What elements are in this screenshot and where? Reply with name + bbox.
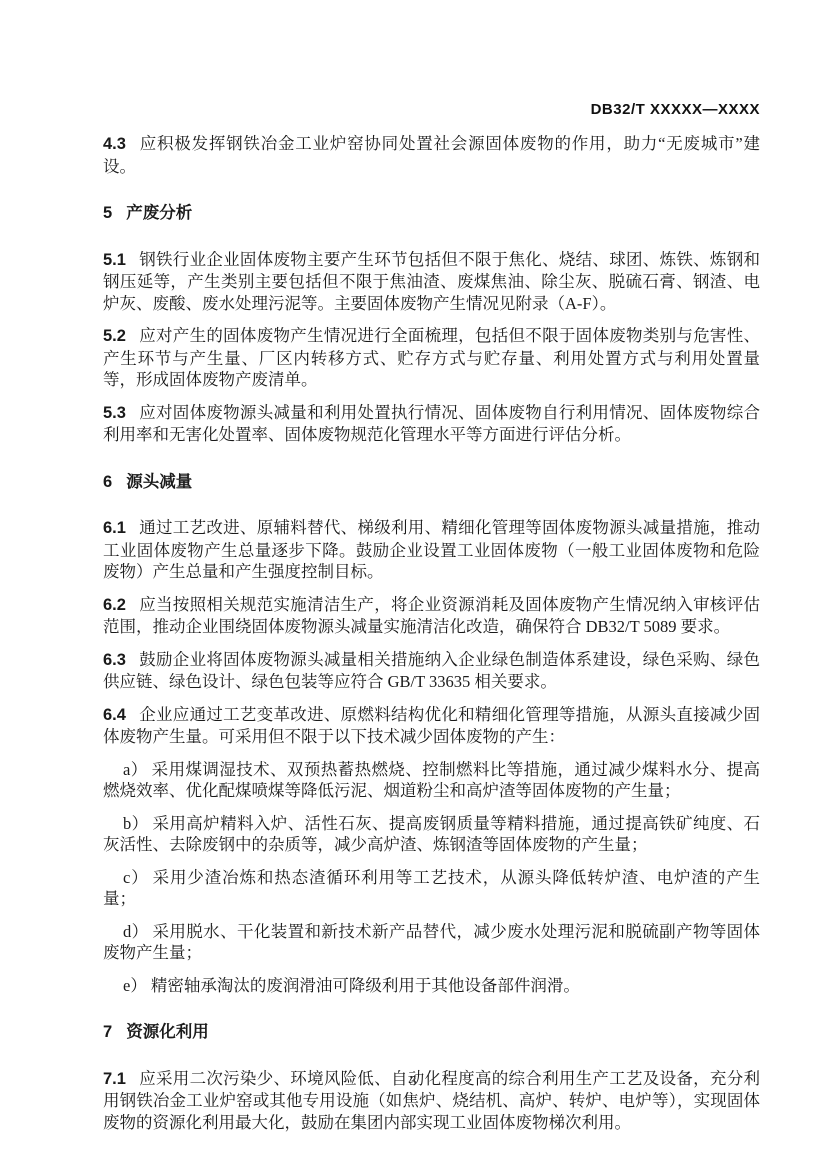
item-text: 采用脱水、干化装置和新技术新产品替代，减少废水处理污泥和脱硫副产物等固体废物产生… — [103, 922, 760, 963]
clause-text: 通过工艺改进、原辅料替代、梯级利用、精细化管理等固体废物源头减量措施，推动工业固… — [103, 518, 760, 581]
clause-paragraph: 4.3应积极发挥钢铁冶金工业炉窑协同处置社会源固体废物的作用，助力“无废城市”建… — [103, 133, 760, 177]
heading-number: 6 — [103, 473, 112, 491]
clause-paragraph: 6.2应当按照相关规范实施清洁生产，将企业资源消耗及固体废物产生情况纳入审核评估… — [103, 594, 760, 638]
clause-text: 应积极发挥钢铁冶金工业炉窑协同处置社会源固体废物的作用，助力“无废城市”建设。 — [103, 134, 760, 176]
heading-number: 7 — [103, 1023, 112, 1041]
standard-number: DB32/T XXXXX—XXXX — [591, 101, 760, 118]
clause-text: 钢铁行业企业固体废物主要产生环节包括但不限于焦化、烧结、球团、炼铁、炼钢和钢压延… — [103, 250, 760, 313]
item-text: 采用煤调湿技术、双预热蓄热燃烧、控制燃料比等措施，通过减少煤料水分、提高燃烧效率… — [103, 760, 760, 801]
clause-number: 6.4 — [103, 706, 126, 724]
heading-number: 5 — [103, 204, 112, 222]
clause-number: 6.2 — [103, 596, 126, 614]
clause-number: 5.3 — [103, 404, 126, 422]
item-marker: c） — [123, 868, 149, 887]
page-footer: 3 — [0, 1072, 826, 1090]
clause-paragraph: 5.3应对固体废物源头减量和利用处置执行情况、固体废物自行利用情况、固体废物综合… — [103, 402, 760, 446]
page-header: DB32/T XXXXX—XXXX — [591, 101, 760, 119]
clause-text: 鼓励企业将固体废物源头减量相关措施纳入企业绿色制造体系建设，绿色采购、绿色供应链… — [103, 650, 760, 692]
item-text: 采用少渣冶炼和热态渣循环利用等工艺技术，从源头降低转炉渣、电炉渣的产生量； — [103, 868, 760, 909]
clause-text: 应当按照相关规范实施清洁生产，将企业资源消耗及固体废物产生情况纳入审核评估范围，… — [103, 595, 760, 637]
clause-number: 6.3 — [103, 651, 126, 669]
document-body: 4.3应积极发挥钢铁冶金工业炉窑协同处置社会源固体废物的作用，助力“无废城市”建… — [103, 133, 760, 1144]
clause-number: 5.1 — [103, 251, 126, 269]
section-heading: 6源头减量 — [103, 471, 760, 494]
clause-paragraph: 6.4企业应通过工艺变革改进、原燃料结构优化和精细化管理等措施，从源头直接减少固… — [103, 704, 760, 748]
item-text: 精密轴承淘汰的废润滑油可降级利用于其他设备部件润滑。 — [151, 976, 580, 995]
heading-title: 产废分析 — [126, 203, 192, 222]
page-number: 3 — [410, 1074, 417, 1089]
section-heading: 7资源化利用 — [103, 1021, 760, 1044]
clause-paragraph: 6.1通过工艺改进、原辅料替代、梯级利用、精细化管理等固体废物源头减量措施，推动… — [103, 517, 760, 583]
document-page: DB32/T XXXXX—XXXX 4.3应积极发挥钢铁冶金工业炉窑协同处置社会… — [0, 0, 826, 1169]
clause-text: 应对固体废物源头减量和利用处置执行情况、固体废物自行利用情况、固体废物综合利用率… — [103, 403, 760, 445]
item-marker: d） — [123, 922, 149, 941]
clause-number: 5.2 — [103, 327, 126, 345]
list-item: a）采用煤调湿技术、双预热蓄热燃烧、控制燃料比等措施，通过减少煤料水分、提高燃烧… — [103, 759, 760, 802]
clause-paragraph: 6.3鼓励企业将固体废物源头减量相关措施纳入企业绿色制造体系建设，绿色采购、绿色… — [103, 649, 760, 693]
clause-number: 6.1 — [103, 519, 126, 537]
section-heading: 5产废分析 — [103, 202, 760, 225]
clause-text: 应对产生的固体废物产生情况进行全面梳理，包括但不限于固体废物类别与危害性、产生环… — [103, 326, 760, 389]
clause-paragraph: 5.2应对产生的固体废物产生情况进行全面梳理，包括但不限于固体废物类别与危害性、… — [103, 325, 760, 391]
clause-text: 企业应通过工艺变革改进、原燃料结构优化和精细化管理等措施，从源头直接减少固体废物… — [103, 705, 760, 747]
list-item: c）采用少渣冶炼和热态渣循环利用等工艺技术，从源头降低转炉渣、电炉渣的产生量； — [103, 867, 760, 910]
item-marker: e） — [123, 976, 147, 995]
clause-number: 4.3 — [103, 135, 126, 153]
list-item: e）精密轴承淘汰的废润滑油可降级利用于其他设备部件润滑。 — [103, 975, 760, 997]
item-marker: a） — [123, 760, 148, 779]
item-text: 采用高炉精料入炉、活性石灰、提高废钢质量等精料措施，通过提高铁矿纯度、石灰活性、… — [103, 814, 760, 855]
item-marker: b） — [123, 814, 149, 833]
clause-paragraph: 5.1钢铁行业企业固体废物主要产生环节包括但不限于焦化、烧结、球团、炼铁、炼钢和… — [103, 249, 760, 315]
list-item: d）采用脱水、干化装置和新技术新产品替代，减少废水处理污泥和脱硫副产物等固体废物… — [103, 921, 760, 964]
list-item: b）采用高炉精料入炉、活性石灰、提高废钢质量等精料措施，通过提高铁矿纯度、石灰活… — [103, 813, 760, 856]
heading-title: 资源化利用 — [126, 1022, 209, 1041]
heading-title: 源头减量 — [126, 472, 192, 491]
